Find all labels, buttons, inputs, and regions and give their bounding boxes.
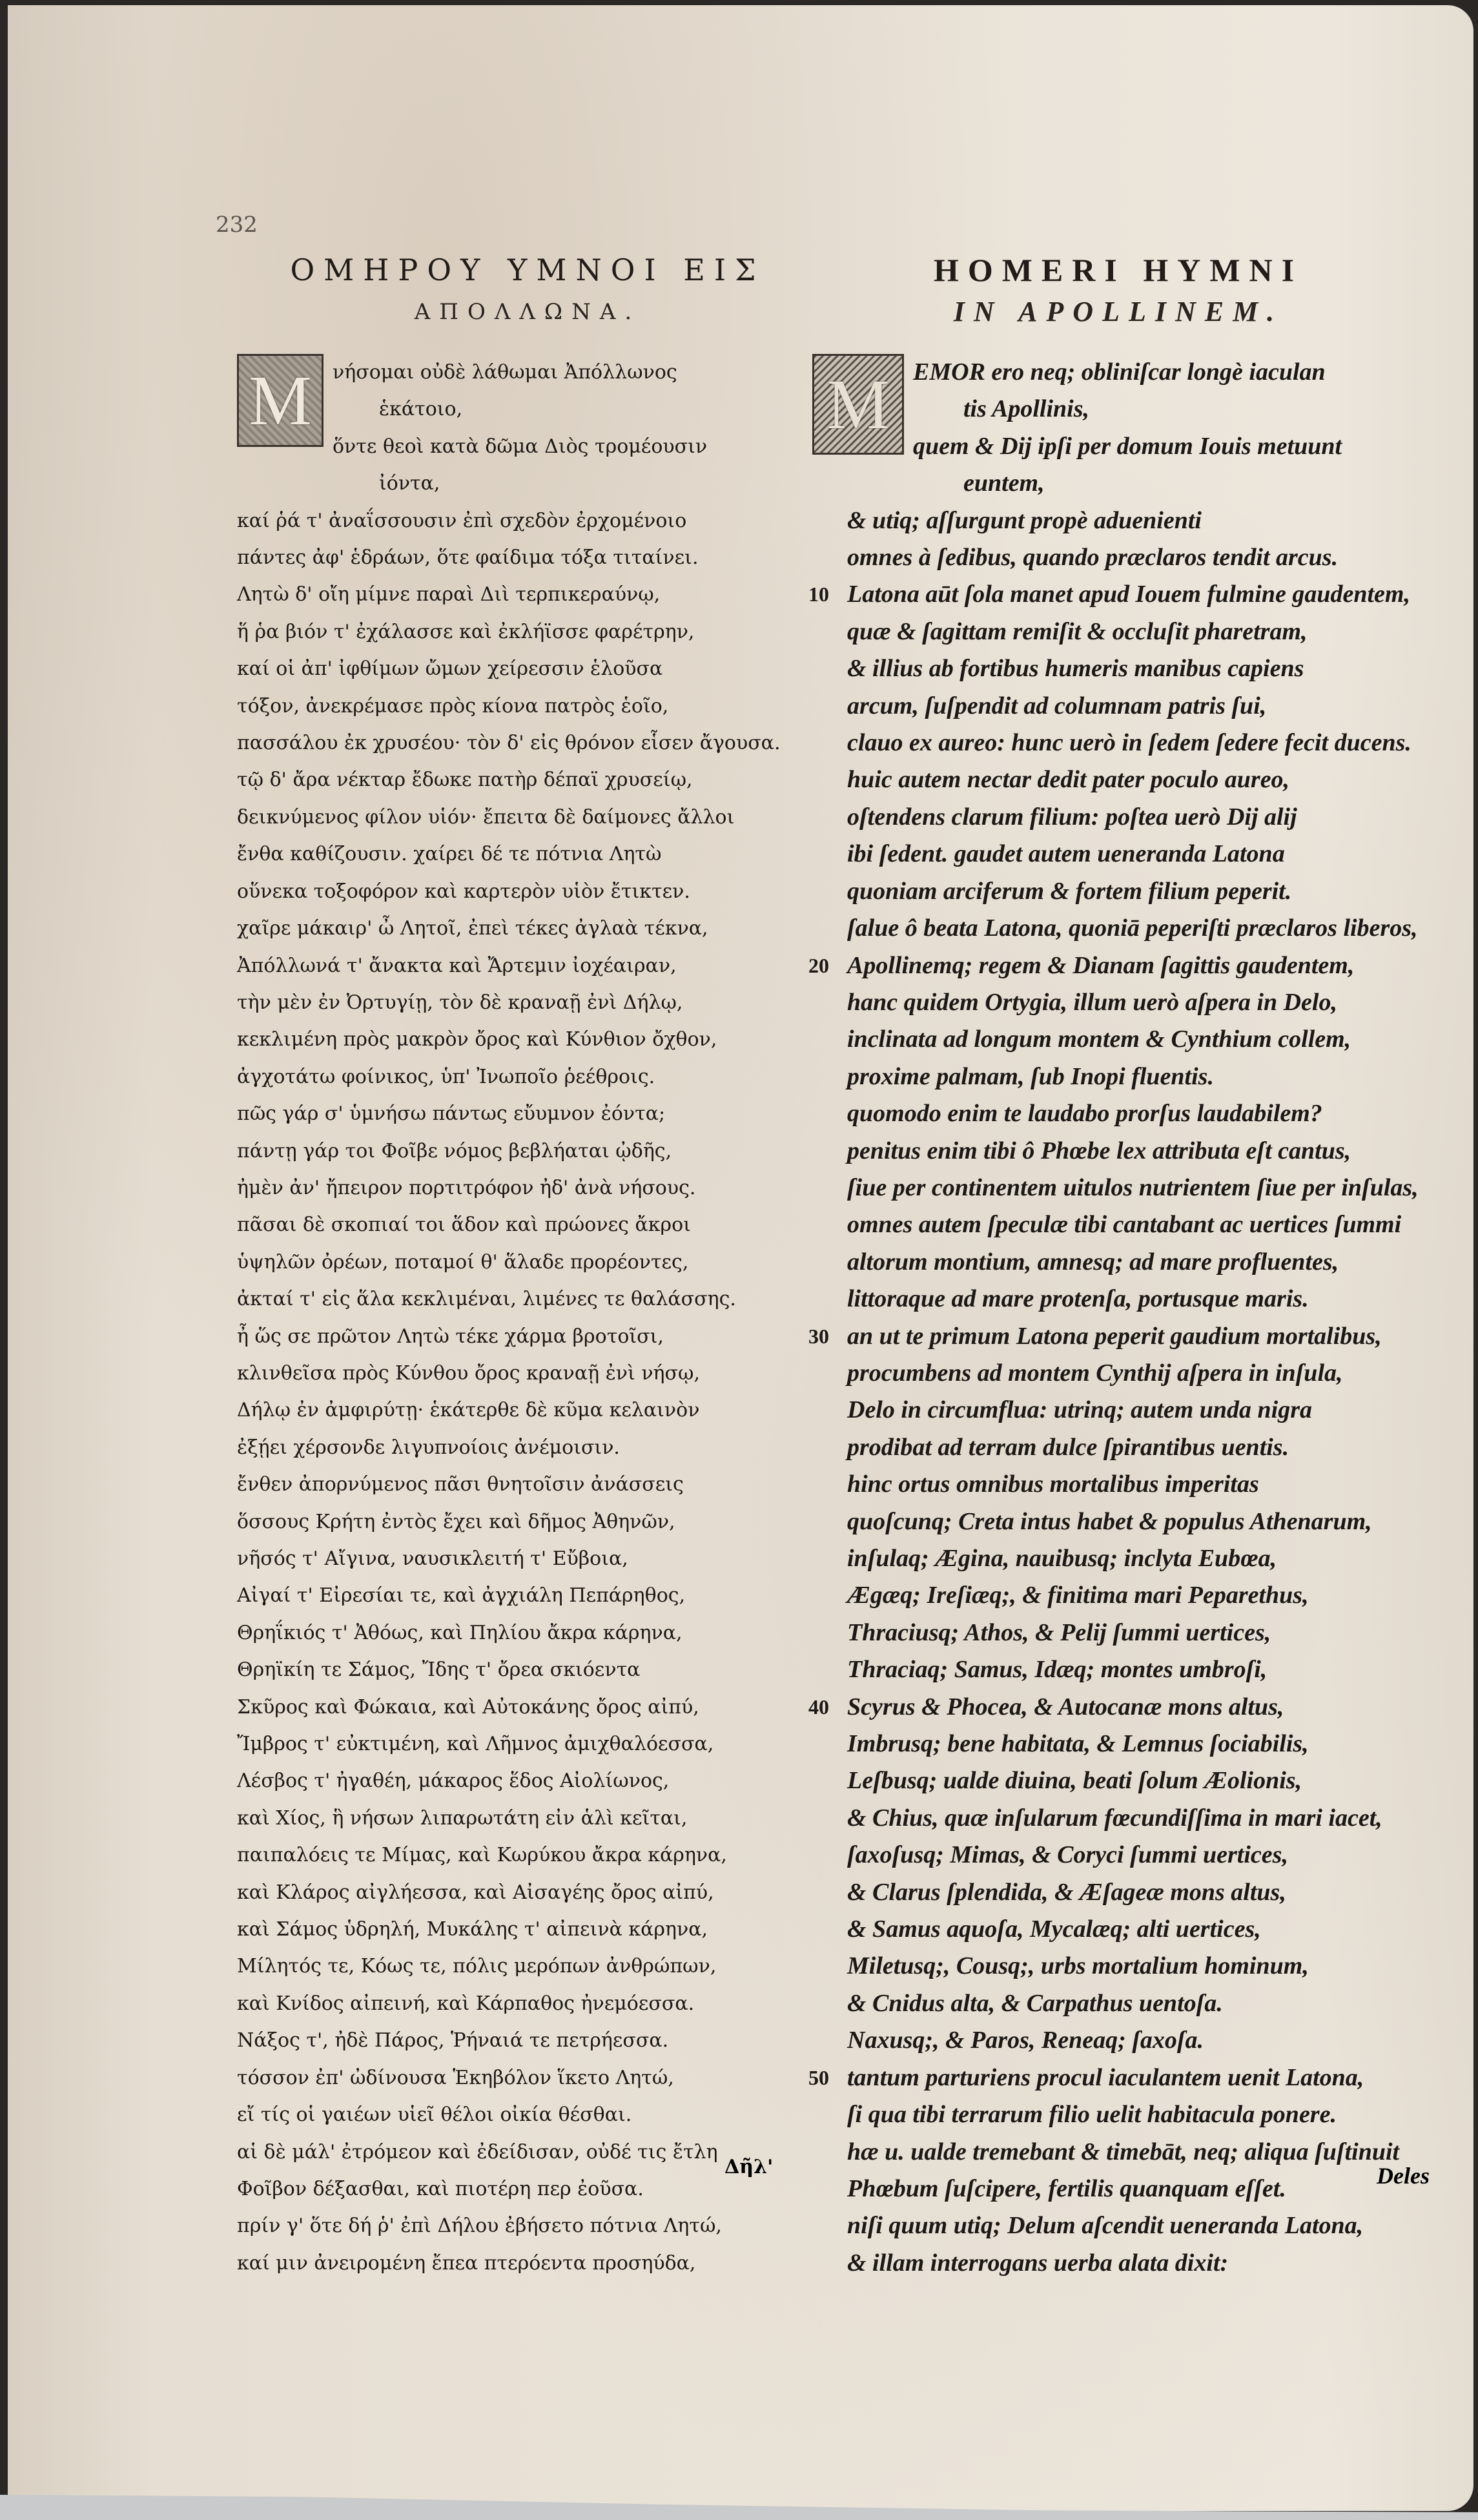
text-line: EMOR ero neq; obliniſcar longè iaculan — [808, 354, 1428, 391]
text-line: ibi ſedent. gaudet autem ueneranda Laton… — [808, 836, 1428, 873]
text-line: niſi quum utiq; Delum aſcendit ueneranda… — [808, 2207, 1428, 2244]
line-text: Νάξος τ', ἠδὲ Πάρος, Ῥήναιά τε πετρήεσσα… — [237, 2029, 668, 2052]
line-text: ἐξῄει χέρσονδε λιγυπνοίοις ἀνέμοισιν. — [237, 1436, 620, 1459]
text-line: oſtendens clarum filium: poſtea uerò Dij… — [808, 799, 1428, 836]
text-line: procumbens ad montem Cynthij aſpera in i… — [808, 1355, 1428, 1392]
line-text: ὑψηλῶν ὀρέων, ποταμοί θ' ἅλαδε προρέοντε… — [237, 1251, 688, 1274]
text-line: νήσομαι οὐδὲ λάθωμαι Ἀπόλλωνος — [237, 354, 818, 391]
line-number: 40 — [808, 1689, 829, 1726]
text-line: euntem, — [808, 465, 1428, 502]
line-text: Phœbum ſuſcipere, fertilis quanquam eſſe… — [847, 2175, 1286, 2202]
text-line: καὶ Κλάρος αἰγλήεσσα, καὶ Αἰσαγέης ὄρος … — [237, 1874, 818, 1911]
latin-catchword: Deles — [1377, 2162, 1473, 2189]
text-line: hanc quidem Ortygia, illum uerò aſpera i… — [808, 984, 1428, 1021]
text-line: Ægæq; Ireſiæq;, & finitima mari Pepareth… — [808, 1577, 1428, 1614]
text-line: omnes à ſedibus, quando præclaros tendit… — [808, 539, 1428, 576]
line-text: omnes à ſedibus, quando præclaros tendit… — [847, 544, 1338, 571]
line-text: κεκλιμένη πρὸς μακρὸν ὄρος καὶ Κύνθιον ὄ… — [237, 1028, 717, 1051]
text-line: πάντες ἀφ' ἑδράων, ὅτε φαίδιμα τόξα τιτα… — [237, 539, 818, 576]
line-text: & Samus aquoſa, Mycalæq; alti uertices, — [847, 1916, 1261, 1943]
text-line: νῆσός τ' Αἴγινα, ναυσικλειτή τ' Εὔβοια, — [237, 1540, 818, 1577]
line-text: oſtendens clarum filium: poſtea uerò Dij… — [847, 803, 1297, 831]
text-line: ἐξῄει χέρσονδε λιγυπνοίοις ἀνέμοισιν. — [237, 1429, 818, 1466]
line-text: πρίν γ' ὅτε δή ῥ' ἐπὶ Δήλου ἐβήσετο πότν… — [237, 2215, 722, 2237]
text-line: ſalue ô beata Latona, quoniā peperiſti p… — [808, 910, 1428, 947]
text-line: Delo in circumflua: utrinq; autem unda n… — [808, 1392, 1428, 1429]
line-text: ἠμὲν ἀν' ἤπειρον πορτιτρόφον ἠδ' ἀνὰ νήσ… — [237, 1177, 695, 1199]
text-line: καί ῥά τ' ἀναΐσσουσιν ἐπὶ σχεδὸν ἐρχομέν… — [237, 502, 818, 539]
line-text: omnes autem ſpeculæ tibi cantabant ac ue… — [847, 1211, 1401, 1238]
line-text: Latona aūt ſola manet apud Iouem fulmine… — [847, 581, 1410, 608]
text-line: χαῖρε μάκαιρ' ὦ Λητοῖ, ἐπεὶ τέκες ἀγλαὰ … — [237, 910, 818, 947]
greek-title: ΟΜΗΡΟΥ ΥΜΝΟΙ ΕΙΣ — [237, 251, 818, 289]
line-text: inſulaq; Ægina, nauibusq; inclyta Eubœa, — [847, 1545, 1277, 1572]
text-line: Miletusq;, Cousq;, urbs mortalium hominu… — [808, 1948, 1428, 1985]
text-line: ἀκταί τ' εἰς ἅλα κεκλιμέναι, λιμένες τε … — [237, 1281, 818, 1317]
text-line: Δήλῳ ἐν ἀμφιρύτῃ· ἑκάτερθε δὲ κῦμα κελαι… — [237, 1392, 818, 1429]
line-text: littoraque ad mare protenſa, portusque m… — [847, 1285, 1309, 1312]
line-text: Delo in circumflua: utrinq; autem unda n… — [847, 1396, 1312, 1423]
line-text: Μίλητός τε, Κόως τε, πόλις μερόπων ἀνθρώ… — [237, 1955, 716, 1978]
line-number: 50 — [808, 2060, 829, 2096]
line-text: τόσσον ἐπ' ὠδίνουσα Ἑκηβόλον ἵκετο Λητώ, — [237, 2067, 674, 2089]
greek-text-block: Μ νήσομαι οὐδὲ λάθωμαι Ἀπόλλωνοςἑκάτοιο,… — [237, 354, 818, 2282]
line-text: & Clarus ſplendida, & Æſageæ mons altus, — [847, 1879, 1286, 1906]
line-text: πάντες ἀφ' ἑδράων, ὅτε φαίδιμα τόξα τιτα… — [237, 546, 698, 569]
line-text: tantum parturiens procul iaculantem ueni… — [847, 2064, 1364, 2091]
line-text: ſiue per continentem uitulos nutrientem … — [847, 1174, 1419, 1201]
line-text: πᾶσαι δὲ σκοπιαί τοι ἅδον καὶ πρώονες ἄκ… — [237, 1214, 691, 1236]
text-line: quæ & ſagittam remiſit & occluſit pharet… — [808, 614, 1428, 650]
line-text: Scyrus & Phocea, & Autocanæ mons altus, — [847, 1693, 1284, 1720]
text-line: quomodo enim te laudabo prorſus laudabil… — [808, 1095, 1428, 1132]
line-text: ἀκταί τ' εἰς ἅλα κεκλιμέναι, λιμένες τε … — [237, 1288, 736, 1310]
text-line: Naxusq;, & Paros, Reneaq; ſaxoſa. — [808, 2022, 1428, 2059]
line-text: Λητὼ δ' οἴη μίμνε παραὶ Διὶ τερπικεραύνῳ… — [237, 583, 660, 606]
line-text: proxime palmam, ſub Inopi fluentis. — [847, 1063, 1214, 1090]
text-line: οὕνεκα τοξοφόρον καὶ καρτερὸν υἱὸν ἔτικτ… — [237, 873, 818, 910]
text-line: ἥ ῥα βιόν τ' ἐχάλασσε καὶ ἐκλήϊσσε φαρέτ… — [237, 614, 818, 650]
line-text: τόξον, ἀνεκρέμασε πρὸς κίονα πατρὸς ἑοῖο… — [237, 695, 668, 718]
text-line: ἦ ὥς σε πρῶτον Λητὼ τέκε χάρμα βροτοῖσι, — [237, 1318, 818, 1355]
text-line: ἠμὲν ἀν' ἤπειρον πορτιτρόφον ἠδ' ἀνὰ νήσ… — [237, 1170, 818, 1206]
text-line: tis Apollinis, — [808, 391, 1428, 428]
text-line: quoſcunq; Creta intus habet & populus At… — [808, 1503, 1428, 1540]
line-text: euntem, — [963, 470, 1045, 497]
text-line: καὶ Σάμος ὑδρηλή, Μυκάλης τ' αἰπεινὰ κάρ… — [237, 1911, 818, 1948]
line-text: hanc quidem Ortygia, illum uerò aſpera i… — [847, 989, 1337, 1016]
line-text: clauo ex aureo: hunc uerò in ſedem ſeder… — [847, 729, 1411, 756]
text-line: altorum montium, amnesq; ad mare proflue… — [808, 1244, 1428, 1281]
line-text: huic autem nectar dedit pater poculo aur… — [847, 766, 1289, 793]
text-line: quem & Dij ipſi per domum Iouis metuunt — [808, 428, 1428, 465]
line-text: παιπαλόεις τε Μίμας, καὶ Κωρύκου ἄκρα κά… — [237, 1844, 727, 1866]
text-line: Ἴμβρος τ' εὐκτιμένη, καὶ Λῆμνος ἀμιχθαλό… — [237, 1726, 818, 1762]
text-line: & utiq; aſſurgunt propè aduenienti — [808, 502, 1428, 539]
line-text: Leſbusq; ualde diuina, beati ſolum Æolio… — [847, 1767, 1302, 1794]
line-text: procumbens ad montem Cynthij aſpera in i… — [847, 1359, 1343, 1387]
line-text: ἔνθεν ἀπορνύμενος πᾶσι θνητοῖσιν ἀνάσσει… — [237, 1473, 684, 1496]
text-line: καὶ Κνίδος αἰπεινή, καὶ Κάρπαθος ἠνεμόεσ… — [237, 1985, 818, 2022]
text-line: πᾶσαι δὲ σκοπιαί τοι ἅδον καὶ πρώονες ἄκ… — [237, 1206, 818, 1243]
line-text: οὕνεκα τοξοφόρον καὶ καρτερὸν υἱὸν ἔτικτ… — [237, 880, 690, 903]
text-line: inclinata ad longum montem & Cynthium co… — [808, 1021, 1428, 1058]
text-line: ἔνθεν ἀπορνύμενος πᾶσι θνητοῖσιν ἀνάσσει… — [237, 1466, 818, 1503]
latin-title: HOMERI HYMNI — [808, 251, 1428, 289]
text-line: proxime palmam, ſub Inopi fluentis. — [808, 1059, 1428, 1095]
text-line: quoniam arciferum & fortem filium peperi… — [808, 873, 1428, 910]
line-text: ἑκάτοιο, — [379, 398, 462, 420]
line-text: πῶς γάρ σ' ὑμνήσω πάντως εὔυμνον ἐόντα; — [237, 1102, 665, 1125]
text-line: Imbrusq; bene habitata, & Lemnus ſociabi… — [808, 1726, 1428, 1762]
text-line: ὑψηλῶν ὀρέων, ποταμοί θ' ἅλαδε προρέοντε… — [237, 1244, 818, 1281]
text-line: ſaxoſusq; Mimas, & Coryci ſummi uertices… — [808, 1837, 1428, 1874]
text-line: Αἰγαί τ' Εἰρεσίαι τε, καὶ ἀγχιάλη Πεπάρη… — [237, 1577, 818, 1614]
page-number: 232 — [216, 212, 258, 238]
text-line: τὴν μὲν ἐν Ὀρτυγίῃ, τὸν δὲ κραναῇ ἐνὶ Δή… — [237, 984, 818, 1021]
line-text: niſi quum utiq; Delum aſcendit ueneranda… — [847, 2212, 1363, 2239]
line-text: κλινθεῖσα πρὸς Κύνθου ὄρος κραναῇ ἐνὶ νή… — [237, 1362, 700, 1385]
line-text: δεικνύμενος φίλον υἱόν· ἔπειτα δὲ δαίμον… — [237, 806, 734, 829]
text-line: littoraque ad mare protenſa, portusque m… — [808, 1281, 1428, 1317]
text-line: ἀγχοτάτω φοίνικος, ὑπ' Ἰνωποῖο ῥεέθροις. — [237, 1059, 818, 1095]
text-line: Μίλητός τε, Κόως τε, πόλις μερόπων ἀνθρώ… — [237, 1948, 818, 1985]
line-text: πασσάλου ἐκ χρυσέου· τὸν δ' εἰς θρόνον ε… — [237, 732, 780, 754]
text-line: & illius ab fortibus humeris manibus cap… — [808, 650, 1428, 687]
line-text: τὴν μὲν ἐν Ὀρτυγίῃ, τὸν δὲ κραναῇ ἐνὶ Δή… — [237, 991, 683, 1014]
book-page: 232 ΟΜΗΡΟΥ ΥΜΝΟΙ ΕΙΣ ΑΠΟΛΛΩΝΑ. Μ νήσομαι… — [8, 5, 1473, 2511]
line-text: Ægæq; Ireſiæq;, & finitima mari Pepareth… — [847, 1582, 1309, 1609]
line-text: Ἀπόλλωνά τ' ἄνακτα καὶ Ἄρτεμιν ἰοχέαιραν… — [237, 955, 677, 977]
line-text: inclinata ad longum montem & Cynthium co… — [847, 1026, 1351, 1053]
line-text: & Cnidus alta, & Carpathus uentoſa. — [847, 1990, 1223, 2017]
line-text: penitus enim tibi ô Phœbe lex attributa … — [847, 1137, 1351, 1164]
text-line: καί μιν ἀνειρομένη ἔπεα πτερόεντα προσηύ… — [237, 2245, 818, 2282]
line-text: ibi ſedent. gaudet autem ueneranda Laton… — [847, 840, 1285, 867]
line-text: Φοῖβον δέξασθαι, καὶ πιοτέρη περ ἐοῦσα. — [237, 2178, 644, 2200]
line-text: arcum, ſuſpendit ad columnam patris ſui, — [847, 692, 1266, 719]
line-text: Thraciaq; Samus, Idæq; montes umbroſi, — [847, 1656, 1267, 1683]
line-text: αἱ δὲ μάλ' ἐτρόμεον καὶ ἐδείδισαν, οὐδέ … — [237, 2141, 718, 2164]
text-line: Ἀπόλλωνά τ' ἄνακτα καὶ Ἄρτεμιν ἰοχέαιραν… — [237, 947, 818, 984]
line-text: Λέσβος τ' ἠγαθέη, μάκαρος ἕδος Αἰολίωνος… — [237, 1770, 669, 1792]
line-text: Imbrusq; bene habitata, & Lemnus ſociabi… — [847, 1730, 1309, 1757]
line-text: & utiq; aſſurgunt propè aduenienti — [847, 507, 1202, 534]
text-line: εἴ τίς οἱ γαιέων υἱεῖ θέλοι οἰκία θέσθαι… — [237, 2096, 818, 2133]
text-line: Thraciusq; Athos, & Pelij ſummi uertices… — [808, 1615, 1428, 1651]
text-line: 10Latona aūt ſola manet apud Iouem fulmi… — [808, 576, 1428, 613]
text-line: prodibat ad terram dulce ſpirantibus uen… — [808, 1429, 1428, 1466]
line-text: ὅσσους Κρήτη ἐντὸς ἔχει καὶ δῆμος Ἀθηνῶν… — [237, 1511, 675, 1533]
text-line: τόσσον ἐπ' ὠδίνουσα Ἑκηβόλον ἵκετο Λητώ, — [237, 2060, 818, 2096]
text-line: penitus enim tibi ô Phœbe lex attributa … — [808, 1133, 1428, 1170]
text-line: πῶς γάρ σ' ὑμνήσω πάντως εὔυμνον ἐόντα; — [237, 1095, 818, 1132]
text-line: ἔνθα καθίζουσιν. χαίρει δέ τε πότνια Λητ… — [237, 836, 818, 873]
text-line: ὅσσους Κρήτη ἐντὸς ἔχει καὶ δῆμος Ἀθηνῶν… — [237, 1503, 818, 1540]
text-line: Λέσβος τ' ἠγαθέη, μάκαρος ἕδος Αἰολίωνος… — [237, 1762, 818, 1799]
line-text: Θρηϊκίη τε Σάμος, Ἴδης τ' ὄρεα σκιόεντα — [237, 1658, 640, 1681]
text-line: κεκλιμένη πρὸς μακρὸν ὄρος καὶ Κύνθιον ὄ… — [237, 1021, 818, 1058]
text-line: 40Scyrus & Phocea, & Autocanæ mons altus… — [808, 1689, 1428, 1726]
line-text: ἀγχοτάτω φοίνικος, ὑπ' Ἰνωποῖο ῥεέθροις. — [237, 1066, 655, 1088]
line-number: 20 — [808, 947, 829, 984]
text-line: & Samus aquoſa, Mycalæq; alti uertices, — [808, 1911, 1428, 1948]
line-text: ſi qua tibi terrarum filio uelit habitac… — [847, 2101, 1337, 2128]
greek-subtitle: ΑΠΟΛΛΩΝΑ. — [237, 296, 818, 328]
text-line: δεικνύμενος φίλον υἱόν· ἔπειτα δὲ δαίμον… — [237, 799, 818, 836]
text-line: arcum, ſuſpendit ad columnam patris ſui, — [808, 688, 1428, 725]
line-text: quoſcunq; Creta intus habet & populus At… — [847, 1508, 1372, 1535]
line-text: hinc ortus omnibus mortalibus imperitas — [847, 1471, 1259, 1498]
text-line: Leſbusq; ualde diuina, beati ſolum Æolio… — [808, 1762, 1428, 1799]
text-line: Thraciaq; Samus, Idæq; montes umbroſi, — [808, 1651, 1428, 1688]
line-text: ſalue ô beata Latona, quoniā peperiſti p… — [847, 914, 1418, 942]
line-text: & illam interrogans uerba alata dixit: — [847, 2249, 1228, 2277]
text-line: ἑκάτοιο, — [237, 391, 818, 428]
line-text: ſaxoſusq; Mimas, & Coryci ſummi uertices… — [847, 1841, 1288, 1868]
text-line: Σκῦρος καὶ Φώκαια, καὶ Αὐτοκάνης ὄρος αἰ… — [237, 1689, 818, 1726]
text-line: ſi qua tibi terrarum filio uelit habitac… — [808, 2096, 1428, 2133]
text-line: & Chius, quæ inſularum fœcundiſſima in m… — [808, 1800, 1428, 1837]
line-text: prodibat ad terram dulce ſpirantibus uen… — [847, 1434, 1289, 1461]
line-text: Θρηΐκιός τ' Ἀθόως, καὶ Πηλίου ἄκρα κάρην… — [237, 1622, 683, 1644]
text-line: inſulaq; Ægina, nauibusq; inclyta Eubœa, — [808, 1540, 1428, 1577]
text-line: Νάξος τ', ἠδὲ Πάρος, Ῥήναιά τε πετρήεσσα… — [237, 2022, 818, 2059]
line-text: νήσομαι οὐδὲ λάθωμαι Ἀπόλλωνος — [333, 361, 677, 384]
line-text: quæ & ſagittam remiſit & occluſit pharet… — [847, 618, 1308, 645]
text-line: Θρηϊκίη τε Σάμος, Ἴδης τ' ὄρεα σκιόεντα — [237, 1651, 818, 1688]
line-text: & illius ab fortibus humeris manibus cap… — [847, 655, 1304, 682]
text-line: παιπαλόεις τε Μίμας, καὶ Κωρύκου ἄκρα κά… — [237, 1837, 818, 1874]
line-text: νῆσός τ' Αἴγινα, ναυσικλειτή τ' Εὔβοια, — [237, 1547, 628, 1570]
line-text: Thraciusq; Athos, & Pelij ſummi uertices… — [847, 1619, 1271, 1646]
text-line: & Cnidus alta, & Carpathus uentoſa. — [808, 1985, 1428, 2022]
line-text: καί οἱ ἀπ' ἰφθίμων ὤμων χείρεσσιν ἑλοῦσα — [237, 657, 662, 680]
text-line: καί οἱ ἀπ' ἰφθίμων ὤμων χείρεσσιν ἑλοῦσα — [237, 650, 818, 687]
text-line: & illam interrogans uerba alata dixit: — [808, 2245, 1428, 2282]
text-line: κλινθεῖσα πρὸς Κύνθου ὄρος κραναῇ ἐνὶ νή… — [237, 1355, 818, 1392]
text-line: ὅντε θεοὶ κατὰ δῶμα Διὸς τρομέουσιν — [237, 428, 818, 465]
line-text: Ἴμβρος τ' εὐκτιμένη, καὶ Λῆμνος ἀμιχθαλό… — [237, 1733, 713, 1755]
text-line: Λητὼ δ' οἴη μίμνε παραὶ Διὶ τερπικεραύνῳ… — [237, 576, 818, 613]
line-text: altorum montium, amnesq; ad mare proflue… — [847, 1248, 1339, 1275]
text-line: πρίν γ' ὅτε δή ῥ' ἐπὶ Δήλου ἐβήσετο πότν… — [237, 2207, 818, 2244]
line-text: καὶ Χίος, ἣ νήσων λιπαρωτάτη εἰν ἁλὶ κεῖ… — [237, 1807, 687, 1830]
line-text: Apollinemq; regem & Dianam ſagittis gaud… — [847, 952, 1354, 979]
text-line: ſiue per continentem uitulos nutrientem … — [808, 1170, 1428, 1206]
line-text: καὶ Κνίδος αἰπεινή, καὶ Κάρπαθος ἠνεμόεσ… — [237, 1992, 694, 2015]
latin-column: HOMERI HYMNI IN APOLLINEM. M EMOR ero ne… — [808, 251, 1428, 2282]
latin-subtitle: IN APOLLINEM. — [808, 296, 1428, 328]
line-text: an ut te primum Latona peperit gaudium m… — [847, 1323, 1382, 1350]
line-text: tis Apollinis, — [963, 395, 1089, 422]
text-line: 20Apollinemq; regem & Dianam ſagittis ga… — [808, 947, 1428, 984]
line-text: Miletusq;, Cousq;, urbs mortalium hominu… — [847, 1952, 1309, 1979]
line-text: ἦ ὥς σε πρῶτον Λητὼ τέκε χάρμα βροτοῖσι, — [237, 1325, 664, 1348]
line-text: τῷ δ' ἄρα νέκταρ ἔδωκε πατὴρ δέπαϊ χρυσε… — [237, 769, 693, 791]
line-text: καὶ Κλάρος αἰγλήεσσα, καὶ Αἰσαγέης ὄρος … — [237, 1881, 714, 1904]
line-text: ἥ ῥα βιόν τ' ἐχάλασσε καὶ ἐκλήϊσσε φαρέτ… — [237, 621, 694, 643]
text-line: omnes autem ſpeculæ tibi cantabant ac ue… — [808, 1206, 1428, 1243]
line-text: καί μιν ἀνειρομένη ἔπεα πτερόεντα προσηύ… — [237, 2252, 695, 2275]
latin-text-block: M EMOR ero neq; obliniſcar longè iaculan… — [808, 354, 1428, 2282]
text-line: πασσάλου ἐκ χρυσέου· τὸν δ' εἰς θρόνον ε… — [237, 725, 818, 761]
text-line: Θρηΐκιός τ' Ἀθόως, καὶ Πηλίου ἄκρα κάρην… — [237, 1615, 818, 1651]
line-text: Αἰγαί τ' Εἰρεσίαι τε, καὶ ἀγχιάλη Πεπάρη… — [237, 1584, 685, 1607]
line-number: 30 — [808, 1318, 829, 1355]
text-line: καὶ Χίος, ἣ νήσων λιπαρωτάτη εἰν ἁλὶ κεῖ… — [237, 1800, 818, 1837]
line-text: quem & Dij ipſi per domum Iouis metuunt — [913, 433, 1342, 460]
line-text: εἴ τίς οἱ γαιέων υἱεῖ θέλοι οἰκία θέσθαι… — [237, 2103, 631, 2126]
line-text: πάντῃ γάρ τοι Φοῖβε νόμος βεβλήαται ᾠδῆς… — [237, 1140, 672, 1162]
line-text: Δήλῳ ἐν ἀμφιρύτῃ· ἑκάτερθε δὲ κῦμα κελαι… — [237, 1399, 699, 1421]
line-text: χαῖρε μάκαιρ' ὦ Λητοῖ, ἐπεὶ τέκες ἀγλαὰ … — [237, 917, 708, 940]
line-text: καὶ Σάμος ὑδρηλή, Μυκάλης τ' αἰπεινὰ κάρ… — [237, 1918, 708, 1941]
text-line: πάντῃ γάρ τοι Φοῖβε νόμος βεβλήαται ᾠδῆς… — [237, 1133, 818, 1170]
line-text: καί ῥά τ' ἀναΐσσουσιν ἐπὶ σχεδὸν ἐρχομέν… — [237, 510, 686, 532]
text-line: huic autem nectar dedit pater poculo aur… — [808, 761, 1428, 798]
greek-column: ΟΜΗΡΟΥ ΥΜΝΟΙ ΕΙΣ ΑΠΟΛΛΩΝΑ. Μ νήσομαι οὐδ… — [237, 251, 818, 2282]
line-text: ὅντε θεοὶ κατὰ δῶμα Διὸς τρομέουσιν — [333, 435, 707, 458]
text-line: τόξον, ἀνεκρέμασε πρὸς κίονα πατρὸς ἑοῖο… — [237, 688, 818, 725]
line-text: ἰόντα, — [379, 472, 440, 495]
text-line: τῷ δ' ἄρα νέκταρ ἔδωκε πατὴρ δέπαϊ χρυσε… — [237, 761, 818, 798]
line-text: Σκῦρος καὶ Φώκαια, καὶ Αὐτοκάνης ὄρος αἰ… — [237, 1696, 699, 1719]
line-text: quomodo enim te laudabo prorſus laudabil… — [847, 1100, 1322, 1127]
line-text: quoniam arciferum & fortem filium peperi… — [847, 878, 1291, 905]
text-line: hinc ortus omnibus mortalibus imperitas — [808, 1466, 1428, 1503]
text-line: 30an ut te primum Latona peperit gaudium… — [808, 1318, 1428, 1355]
text-line: & Clarus ſplendida, & Æſageæ mons altus, — [808, 1874, 1428, 1911]
line-text: EMOR ero neq; obliniſcar longè iaculan — [913, 358, 1326, 386]
text-line: ἰόντα, — [237, 465, 818, 502]
text-line: 50tantum parturiens procul iaculantem ue… — [808, 2060, 1428, 2096]
line-text: Naxusq;, & Paros, Reneaq; ſaxoſa. — [847, 2027, 1204, 2054]
line-text: ἔνθα καθίζουσιν. χαίρει δέ τε πότνια Λητ… — [237, 843, 662, 865]
text-line: clauo ex aureo: hunc uerò in ſedem ſeder… — [808, 725, 1428, 761]
line-text: & Chius, quæ inſularum fœcundiſſima in m… — [847, 1804, 1382, 1832]
line-number: 10 — [808, 576, 829, 613]
greek-catchword: Δῆλ' — [724, 2156, 1454, 2178]
